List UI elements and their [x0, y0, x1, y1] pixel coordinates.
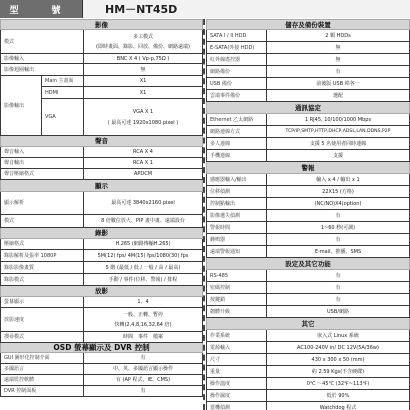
- table-row: RS-485有: [207, 270, 410, 282]
- section-settings-header: 設定及其它功能: [207, 258, 410, 270]
- table-row: 操作溫度0℃ ～45℃ (32℉~113℉): [207, 378, 410, 390]
- table-row: GUI 圖形化控制介面有: [1, 353, 203, 364]
- section-record-header: 錄影: [1, 228, 203, 239]
- table-row: 當機偵測Watchdog 程式: [207, 402, 410, 410]
- column-separator: [203, 19, 205, 410]
- table-row: 韌體升級USB/網路: [207, 306, 410, 318]
- table-row: 影像迴圈輸出無: [1, 64, 203, 76]
- section-audio-header: 聲音: [1, 136, 203, 147]
- table-row: 影像輸入BNC X 4 ( Vp-p,75Ω ): [1, 54, 203, 64]
- table-row: E-SATA(外接 HDD)無: [207, 42, 410, 54]
- table-row: 遠端監控軟體有 (AP 程式、IE、CMS): [1, 375, 203, 386]
- title-bar: 型 號 HM－NT45D: [0, 0, 410, 18]
- table-row: 錄影模式手動 / 事件(位移、警報) / 排程: [1, 274, 203, 286]
- table-row: 網路備份有: [207, 66, 410, 78]
- table-row: 模式8 倍數位放大、PIP 畫中畫、遠端設台: [1, 215, 203, 228]
- table-row: 放影速度 一般、正轉、暫停快轉(2,4,8,16,32,64 倍): [1, 308, 203, 332]
- table-row: 模式 多工模式(即時畫面、錄影、回放、備份、網路遠端): [1, 30, 203, 54]
- table-row: 網路連線方式TCP/IP,SMTP,HTTP,DHCP,ADSL,LAN,DDN…: [207, 126, 410, 138]
- table-row: 位移偵測22X15 (方格): [207, 186, 410, 198]
- table-row: 感應器輸入/輸出輸入 x 4 / 輸出 x 1: [207, 174, 410, 186]
- table-row: 遠端警報通知E-mail、推播、SMS: [207, 246, 410, 258]
- table-row: 螢幕顯示1、4: [1, 297, 203, 308]
- table-row: 警報時間1~60 秒(可調): [207, 222, 410, 234]
- model-name: HM－NT45D: [83, 0, 410, 18]
- section-other-header: 其它: [207, 318, 410, 330]
- table-row: 電源輸入AC100-240V in/ DC 12V(5A/36w): [207, 342, 410, 354]
- spec-table-right: 儲存及備份裝置 SATA I / II HDD2 顆 HDDs E-SATA(外…: [206, 19, 410, 410]
- section-osd-header: OSD 螢幕顯示及 DVR 控制: [1, 343, 203, 353]
- table-row: 手機連線支援: [207, 150, 410, 162]
- table-row: 搜尋模式時間 事件 檔案: [1, 332, 203, 343]
- table-row: 重量約 2.59 Kgs(不含硬碟): [207, 366, 410, 378]
- table-row: 聲音輸出RCA X 1: [1, 158, 203, 169]
- table-row: 按鍵鎖有: [207, 294, 410, 306]
- table-row: 蜂鳴器有: [207, 234, 410, 246]
- table-row: 尺寸430 x 300 x 50 (mm): [207, 354, 410, 366]
- table-row: 紅外線遙控器無: [207, 54, 410, 66]
- table-row: 控制點輸出(NC/NO)X4(option): [207, 198, 410, 210]
- spec-table-left: 影像 模式 多工模式(即時畫面、錄影、回放、備份、網路遠端) 影像輸入BNC X…: [0, 19, 203, 397]
- table-row: 聲音輸入RCA X 4: [1, 147, 203, 158]
- table-row: DVR 控制面板有: [1, 386, 203, 397]
- section-network-header: 通訊協定: [207, 102, 410, 114]
- table-row: USB 備份前後版 USB 埠各一: [207, 78, 410, 90]
- table-row: 影像輸出 Main 主畫面 X1: [1, 76, 203, 87]
- section-playback-header: 放影: [1, 286, 203, 297]
- table-row: 雲端事件備份選配: [207, 90, 410, 102]
- table-row: 多國語言中、英、多國語言顯示操作: [1, 364, 203, 375]
- table-row: SATA I / II HDD2 顆 HDDs: [207, 30, 410, 42]
- table-row: 多人連線支援 5 名使用者同時連線: [207, 138, 410, 150]
- section-alarm-header: 警報: [207, 162, 410, 174]
- table-row: Ethernet 乙太網路1 RJ45, 10/100/1000 Mbps: [207, 114, 410, 126]
- table-row: 聲音壓縮格式APDCM: [1, 169, 203, 180]
- model-label: 型 號: [0, 0, 83, 18]
- table-row: 錄影解析及張率 1080P5M(12) fps/ 4M(15) fps/1080…: [1, 250, 203, 262]
- table-row: 壓縮格式H.265 (網路傳輸H.265): [1, 239, 203, 250]
- section-storage-header: 儲存及備份裝置: [207, 20, 410, 30]
- table-row: 操作濕度低於 90%: [207, 390, 410, 402]
- table-row: 影像遺失偵測有: [207, 210, 410, 222]
- section-display-header: 顯示: [1, 180, 203, 192]
- table-row: 錄影影像畫質5 階 (最低 / 低 / 一般 / 高 / 最高): [1, 262, 203, 274]
- table-row: 作業系統嵌入式 Linux 系統: [207, 330, 410, 342]
- section-video-header: 影像: [1, 20, 203, 30]
- table-row: 密碼控制有: [207, 282, 410, 294]
- table-row: 顯示解析最高可達 3840x2160 pixel: [1, 192, 203, 215]
